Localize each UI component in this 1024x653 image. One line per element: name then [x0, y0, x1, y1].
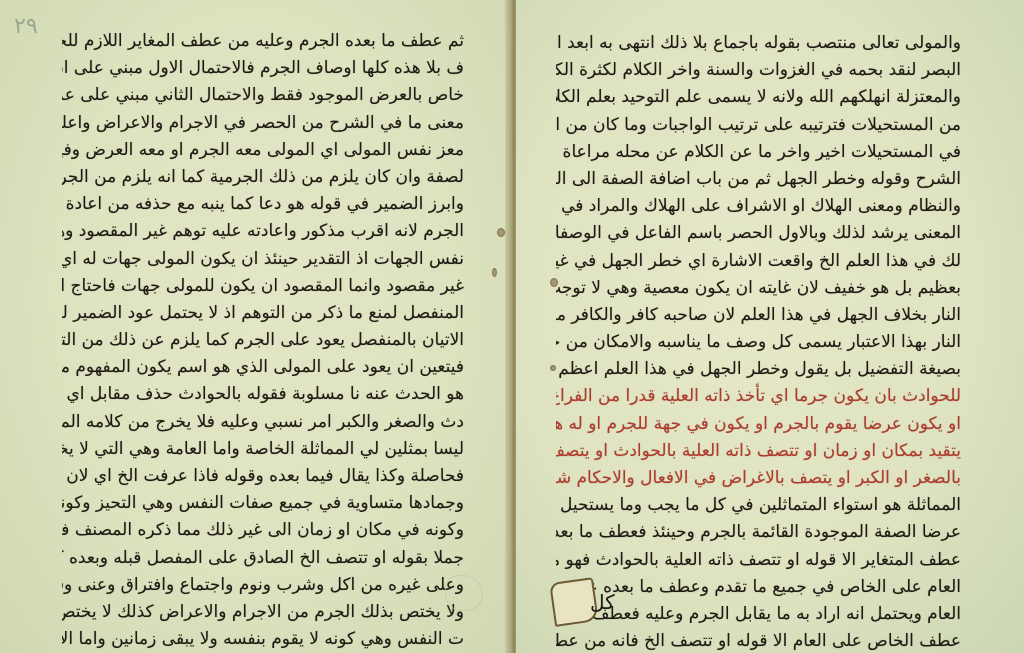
- text-line: غير مقصود وانما المقصود ان يكون للمولى ج…: [62, 273, 464, 300]
- text-line: وجمادها متساوية في جميع صفات النفس وهي ا…: [62, 490, 464, 517]
- text-line: عطف المتغاير الا قوله او تتصف ذاته العلي…: [556, 547, 961, 574]
- text-line: نفس الجهات اذ التقدير حينئذ ان يكون المو…: [62, 246, 464, 273]
- text-line: معنى ما في الشرح من الحصر في الاجرام وال…: [62, 110, 464, 137]
- text-line: بصيغة التفضيل بل يقول وخطر الجهل في هذا …: [556, 356, 961, 383]
- text-line: عطف الخاص على العام الا قوله او تتصف الخ…: [556, 628, 961, 653]
- left-page-text: ثم عطف ما بعده الجرم وعليه من عطف المغاي…: [62, 28, 464, 653]
- text-line: لصفة وان كان يلزم من ذلك الجرمية كما انه…: [62, 164, 464, 191]
- wormhole: [497, 228, 505, 237]
- text-line: البصر لنقد بحمه في الغزوات والسنة واخر ا…: [556, 57, 961, 84]
- text-line: الاتيان بالمنفصل يعود على الجرم كما يلزم…: [62, 327, 464, 354]
- text-line: العام على الخاص في جميع ما تقدم وعطف ما …: [556, 574, 961, 601]
- text-line: وابرز الضمير في قوله هو دعا كما ينبه مع …: [62, 191, 464, 218]
- text-line: عرضا الصفة الموجودة القائمة بالجرم وحينئ…: [556, 519, 961, 546]
- text-line: معز نفس المولى اي المولى معه الجرم او مع…: [62, 137, 464, 164]
- text-line: ت النفس وهي كونه لا يقوم بنفسه ولا يبقى …: [62, 626, 464, 653]
- text-line: من المستحيلات فترتيبه على ترتيب الواجبات…: [556, 112, 961, 139]
- text-line: فيتعين ان يعود على المولى الذي هو اسم يك…: [62, 354, 464, 381]
- folio-number: ٢٩: [14, 14, 38, 39]
- rubric-line: او يكون عرضا يقوم بالجرم او يكون في جهة …: [556, 411, 961, 438]
- text-line: ولا يختص بذلك الجرم من الاجرام والاعراض …: [62, 599, 464, 626]
- rubric-line: بالصغر او الكبر او يتصف بالاغراض في الاف…: [556, 465, 961, 492]
- text-line: المماثلة هو استواء المتماثلين في كل ما ي…: [556, 492, 961, 519]
- text-line: دث والصغر والكبر امر نسبي وعليه فلا يخرج…: [62, 409, 464, 436]
- text-line: ف بلا هذه كلها اوصاف الجرم فالاحتمال الا…: [62, 55, 464, 82]
- text-line: بعظيم بل هو خفيف لان غايته ان يكون معصية…: [556, 275, 961, 302]
- text-line: المعنى يرشد لذلك وبالاول الحصر باسم الفا…: [556, 220, 961, 247]
- text-line: خاص بالعرض الموجود فقط والاحتمال الثاني …: [62, 82, 464, 109]
- text-line: والمعتزلة انهلكهم الله ولانه لا يسمى علم…: [556, 84, 961, 111]
- text-line: لك في هذا العلم الخ واقعت الاشارة اي خطر…: [556, 248, 961, 275]
- rubric-line: يتقيد بمكان او زمان او تتصف ذاته العلية …: [556, 438, 961, 465]
- text-line: ليسا بمثلين لي المماثلة الخاصة واما العا…: [62, 436, 464, 463]
- wormhole: [492, 268, 497, 277]
- text-line: الشرح وقوله وخطر الجهل ثم من باب اضافة ا…: [556, 166, 961, 193]
- stain-mark: [445, 575, 483, 611]
- rubric-line: للحوادث بان يكون جرما اي تأخذ ذاته العلي…: [556, 383, 961, 410]
- manuscript-spread: ٢٩ ثم عطف ما بعده الجرم وعليه من عطف الم…: [0, 0, 1024, 653]
- right-page-text: والمولى تعالى منتصب بقوله باجماع بلا ذلك…: [556, 30, 961, 653]
- text-line: وعلى غيره من اكل وشرب ونوم واجتماع وافتر…: [62, 572, 464, 599]
- text-line: هو الحدث عنه نا مسلوبة فقوله بالحوادث حذ…: [62, 381, 464, 408]
- text-line: جملا بقوله او تتصف الخ الصادق على المفصل…: [62, 545, 464, 572]
- text-line: في المستحيلات اخير واخر ما عن الكلام عن …: [556, 139, 961, 166]
- text-line: المنفصل لمنع ما ذكر من التوهم اذ لا يحتم…: [62, 300, 464, 327]
- text-line: وكونه في مكان او زمان الى غير ذلك مما ذك…: [62, 517, 464, 544]
- wormhole: [550, 365, 556, 371]
- text-line: فحاصلة وكذا يقال فيما بعده وقوله فاذا عر…: [62, 463, 464, 490]
- text-line: العام ويحتمل انه اراد به ما يقابل الجرم …: [556, 601, 961, 628]
- text-line: والمولى تعالى منتصب بقوله باجماع بلا ذلك…: [556, 30, 961, 57]
- left-page: ٢٩ ثم عطف ما بعده الجرم وعليه من عطف الم…: [0, 0, 512, 653]
- text-line: الجرم لانه اقرب مذكور واعادته عليه توهم …: [62, 218, 464, 245]
- catchword: كل: [590, 590, 615, 614]
- text-line: النار بخلاف الجهل في هذا العلم لان صاحبه…: [556, 302, 961, 329]
- text-line: النار بهذا الاعتبار يسمى كل وصف ما يناسب…: [556, 329, 961, 356]
- text-line: والنظام ومعنى الهلاك او الاشراف على الهل…: [556, 193, 961, 220]
- wormhole: [550, 278, 558, 287]
- right-page: والمولى تعالى منتصب بقوله باجماع بلا ذلك…: [516, 0, 1024, 653]
- text-line: ثم عطف ما بعده الجرم وعليه من عطف المغاي…: [62, 28, 464, 55]
